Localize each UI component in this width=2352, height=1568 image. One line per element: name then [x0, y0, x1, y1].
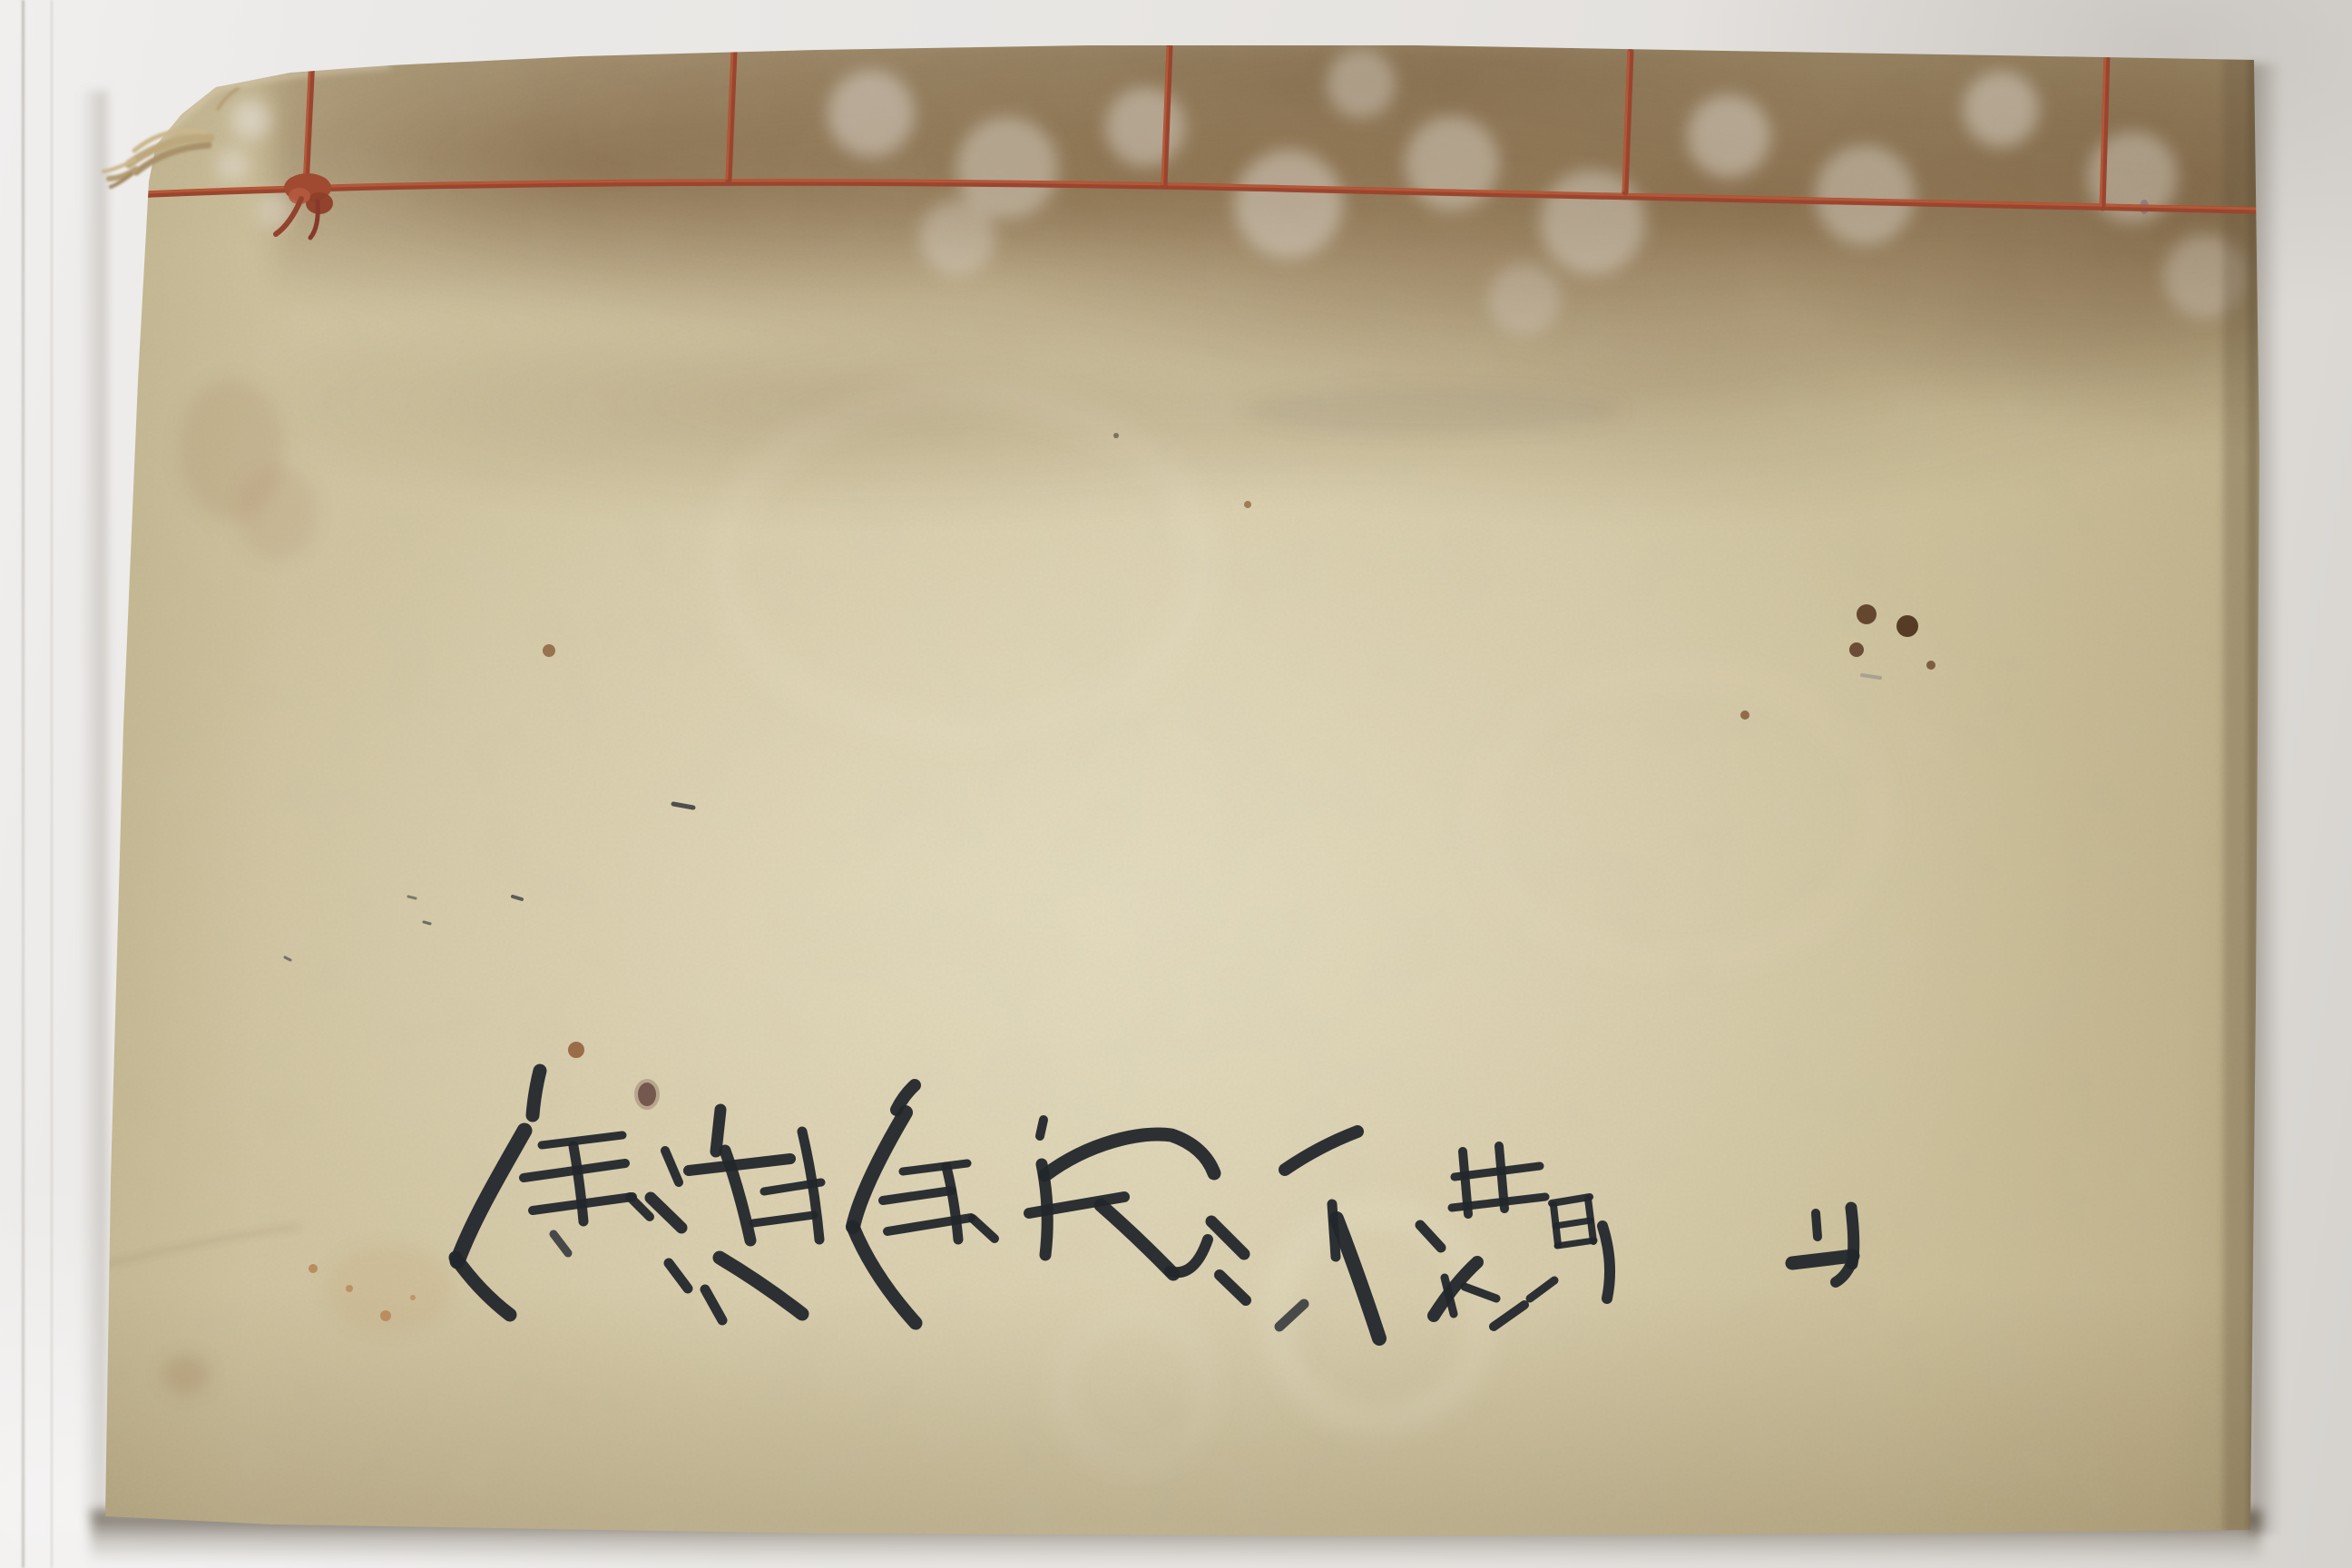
backdrop-crease-line — [51, 0, 53, 1568]
book-cast-shadow-left — [80, 91, 107, 1515]
backdrop-crease-line — [22, 0, 24, 1568]
water-stain-band — [272, 25, 2278, 615]
book-cover: 金 海 — [0, 0, 2352, 1568]
photo-of-stitched-book-cover: 金 海 — [0, 0, 2352, 1568]
